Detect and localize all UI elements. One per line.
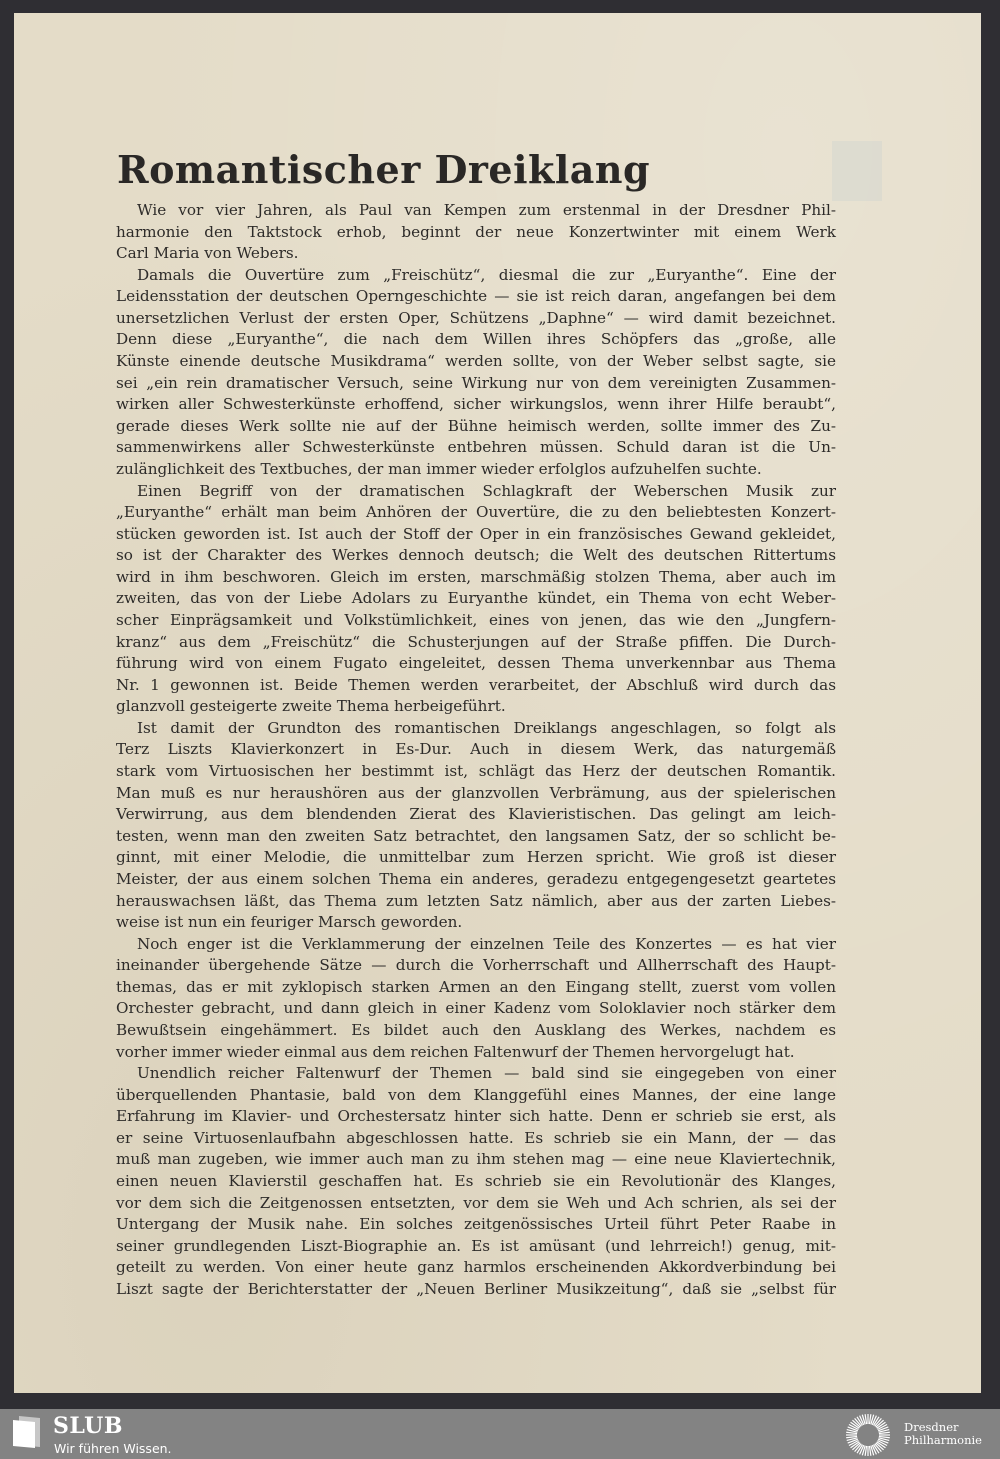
text-line: herauswachsen läßt, das Thema zum letzte…: [116, 891, 836, 913]
text-line: Man muß es nur heraushören aus der glanz…: [116, 783, 836, 805]
text-line: kranz“ aus dem „Freischütz“ die Schuster…: [116, 632, 836, 654]
text-line: wird in ihm beschworen. Gleich im ersten…: [116, 567, 836, 589]
text-line: zweiten, das von der Liebe Adolars zu Eu…: [116, 588, 836, 610]
text-line: vor dem sich die Zeitgenossen entsetzten…: [116, 1193, 836, 1215]
dp-name-line2: Philharmonie: [904, 1434, 982, 1447]
slub-logo-text: SLUB: [53, 1413, 123, 1439]
text-line: Künste einende deutsche Musikdrama“ werd…: [116, 351, 836, 373]
text-line: Damals die Ouvertüre zum „Freischütz“, d…: [116, 265, 836, 287]
text-line: Noch enger ist die Verklammerung der ein…: [116, 934, 836, 956]
text-line: Bewußtsein eingehämmert. Es bildet auch …: [116, 1020, 836, 1042]
slub-tagline: Wir führen Wissen.: [54, 1441, 172, 1456]
text-line: sei „ein rein dramatischer Versuch, sein…: [116, 373, 836, 395]
text-line: glanzvoll gesteigerte zweite Thema herbe…: [116, 696, 836, 718]
text-line: testen, wenn man den zweiten Satz betrac…: [116, 826, 836, 848]
text-line: führung wird von einem Fugato eingeleite…: [116, 653, 836, 675]
text-line: so ist der Charakter des Werkes dennoch …: [116, 545, 836, 567]
article-body: Wie vor vier Jahren, als Paul van Kempen…: [116, 200, 836, 1300]
text-line: Orchester gebracht, und dann gleich in e…: [116, 998, 836, 1020]
text-line: gerade dieses Werk sollte nie auf der Bü…: [116, 416, 836, 438]
text-line: stark vom Virtuosischen her bestimmt ist…: [116, 761, 836, 783]
text-line: Unendlich reicher Faltenwurf der Themen …: [116, 1063, 836, 1085]
text-line: seiner grundlegenden Liszt-Biographie an…: [116, 1236, 836, 1258]
text-line: Leidensstation der deutschen Operngeschi…: [116, 286, 836, 308]
text-line: Meister, der aus einem solchen Thema ein…: [116, 869, 836, 891]
text-line: ginnt, mit einer Melodie, die unmittelba…: [116, 847, 836, 869]
text-line: sammenwirkens aller Schwesterkünste entb…: [116, 437, 836, 459]
text-line: geteilt zu werden. Von einer heute ganz …: [116, 1257, 836, 1279]
sunburst-ring-icon: [841, 1412, 895, 1458]
text-line: weise ist nun ein feuriger Marsch geword…: [116, 912, 836, 934]
text-line: muß man zugeben, wie immer auch man zu i…: [116, 1149, 836, 1171]
book-pages-icon: [13, 1416, 41, 1448]
text-line: ineinander übergehende Sätze — durch die…: [116, 955, 836, 977]
text-line: Untergang der Musik nahe. Ein solches ze…: [116, 1214, 836, 1236]
text-line: Liszt sagte der Berichterstatter der „Ne…: [116, 1279, 836, 1301]
text-line: wirken aller Schwesterkünste erhoffend, …: [116, 394, 836, 416]
paper-stain: [832, 141, 882, 201]
article-title: Romantischer Dreiklang: [117, 147, 650, 193]
text-line: er seine Virtuosenlaufbahn abgeschlossen…: [116, 1128, 836, 1150]
text-line: themas, das er mit zyklopisch starken Ar…: [116, 977, 836, 999]
text-line: Terz Liszts Klavierkonzert in Es-Dur. Au…: [116, 739, 836, 761]
footer-bar: SLUB Wir führen Wissen. Dresdner Philhar…: [0, 1409, 1000, 1459]
dresdner-philharmonie-logo-text: Dresdner Philharmonie: [904, 1421, 982, 1447]
text-line: Nr. 1 gewonnen ist. Beide Themen werden …: [116, 675, 836, 697]
text-line: Erfahrung im Klavier- und Orchestersatz …: [116, 1106, 836, 1128]
text-line: überquellenden Phantasie, bald von dem K…: [116, 1085, 836, 1107]
text-line: Ist damit der Grundton des romantischen …: [116, 718, 836, 740]
text-line: Denn diese „Euryanthe“, die nach dem Wil…: [116, 329, 836, 351]
text-line: „Euryanthe“ erhält man beim Anhören der …: [116, 502, 836, 524]
text-line: vorher immer wieder einmal aus dem reich…: [116, 1042, 836, 1064]
text-line: Wie vor vier Jahren, als Paul van Kempen…: [116, 200, 836, 222]
text-line: harmonie den Taktstock erhob, beginnt de…: [116, 222, 836, 244]
text-line: einen neuen Klavierstil geschaffen hat. …: [116, 1171, 836, 1193]
text-line: scher Einprägsamkeit und Volkstümlichkei…: [116, 610, 836, 632]
text-line: Einen Begriff von der dramatischen Schla…: [116, 481, 836, 503]
text-line: Carl Maria von Webers.: [116, 243, 836, 265]
text-line: unersetzlichen Verlust der ersten Oper, …: [116, 308, 836, 330]
text-line: zulänglichkeit des Textbuches, der man i…: [116, 459, 836, 481]
text-line: Verwirrung, aus dem blendenden Zierat de…: [116, 804, 836, 826]
text-line: stücken geworden ist. Ist auch der Stoff…: [116, 524, 836, 546]
